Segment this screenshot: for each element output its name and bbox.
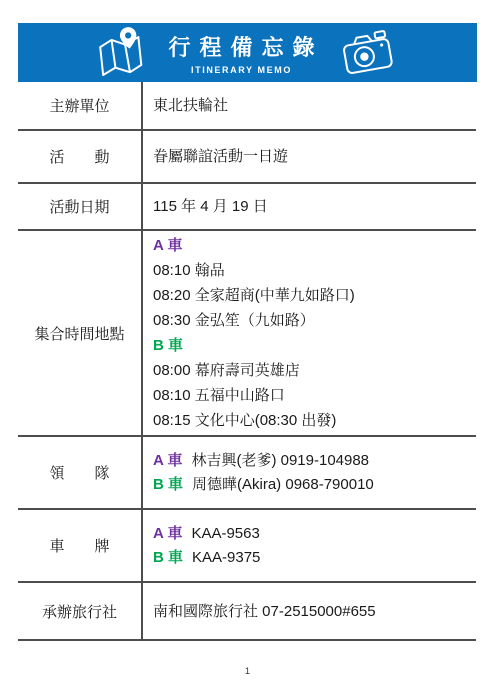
date-value: 115 年 4 月 19 日: [153, 194, 476, 219]
table-row-meeting-points: 集合時間地點 A 車 08:10 翰品 08:20 全家超商(中華九如路口) 0…: [18, 231, 476, 437]
car-b-plate: KAA-9375: [192, 546, 260, 570]
table-row-travel-agency: 承辦旅行社 南和國際旅行社 07-2515000#655: [18, 583, 476, 641]
memo-table: 主辦單位 東北扶輪社 活 動 眷屬聯誼活動一日遊 活動日期 115 年 4 月 …: [18, 82, 476, 641]
car-b-tag: B 車: [153, 546, 183, 570]
camera-icon: [340, 28, 396, 81]
map-location-icon: [97, 25, 146, 82]
header-title-block: 行程備忘錄 ITINERARY MEMO: [159, 31, 323, 75]
header-bar: 行程備忘錄 ITINERARY MEMO: [18, 23, 477, 82]
car-a-stop: 08:10 翰品: [153, 258, 476, 283]
car-b-stop: 08:00 幕府壽司英雄店: [153, 358, 476, 383]
car-a-leader: 林吉興(老爹) 0919-104988: [191, 449, 369, 473]
car-a-plate: KAA-9563: [191, 522, 259, 546]
page-subtitle: ITINERARY MEMO: [159, 65, 323, 75]
car-b-tag: B 車: [153, 473, 183, 497]
table-row-leaders: 領 隊 A 車 林吉興(老爹) 0919-104988 B 車 周德曄(Akir…: [18, 437, 476, 510]
car-a-tag: A 車: [153, 522, 182, 546]
table-row-organizer: 主辦單位 東北扶輪社: [18, 82, 476, 131]
row-label: 領 隊: [18, 437, 143, 508]
row-label: 集合時間地點: [18, 231, 143, 435]
row-label: 車 牌: [18, 510, 143, 581]
organizer-value: 東北扶輪社: [153, 93, 476, 118]
page-number: 1: [0, 666, 495, 676]
car-a-stop: 08:20 全家超商(中華九如路口): [153, 283, 476, 308]
car-a-tag: A 車: [153, 233, 467, 258]
row-label: 活 動: [18, 131, 143, 182]
activity-value: 眷屬聯誼活動一日遊: [153, 144, 476, 169]
car-b-leader: 周德曄(Akira) 0968-790010: [192, 473, 374, 497]
car-b-tag: B 車: [153, 333, 467, 358]
car-a-stop: 08:30 金弘笙（九如路）: [153, 308, 476, 333]
row-label: 活動日期: [18, 184, 143, 229]
table-row-date: 活動日期 115 年 4 月 19 日: [18, 184, 476, 231]
agency-value: 南和國際旅行社 07-2515000#655: [153, 599, 476, 624]
row-label: 主辦單位: [18, 82, 143, 129]
itinerary-memo-page: 行程備忘錄 ITINERARY MEMO 主辦單位 東北扶輪社: [0, 0, 495, 700]
car-a-tag: A 車: [153, 449, 182, 473]
table-row-plates: 車 牌 A 車 KAA-9563 B 車 KAA-9375: [18, 510, 476, 583]
page-title: 行程備忘錄: [168, 31, 323, 62]
table-row-activity: 活 動 眷屬聯誼活動一日遊: [18, 131, 476, 184]
row-label: 承辦旅行社: [18, 583, 143, 639]
car-b-stop: 08:15 文化中心(08:30 出發): [153, 408, 476, 433]
car-b-stop: 08:10 五福中山路口: [153, 383, 476, 408]
